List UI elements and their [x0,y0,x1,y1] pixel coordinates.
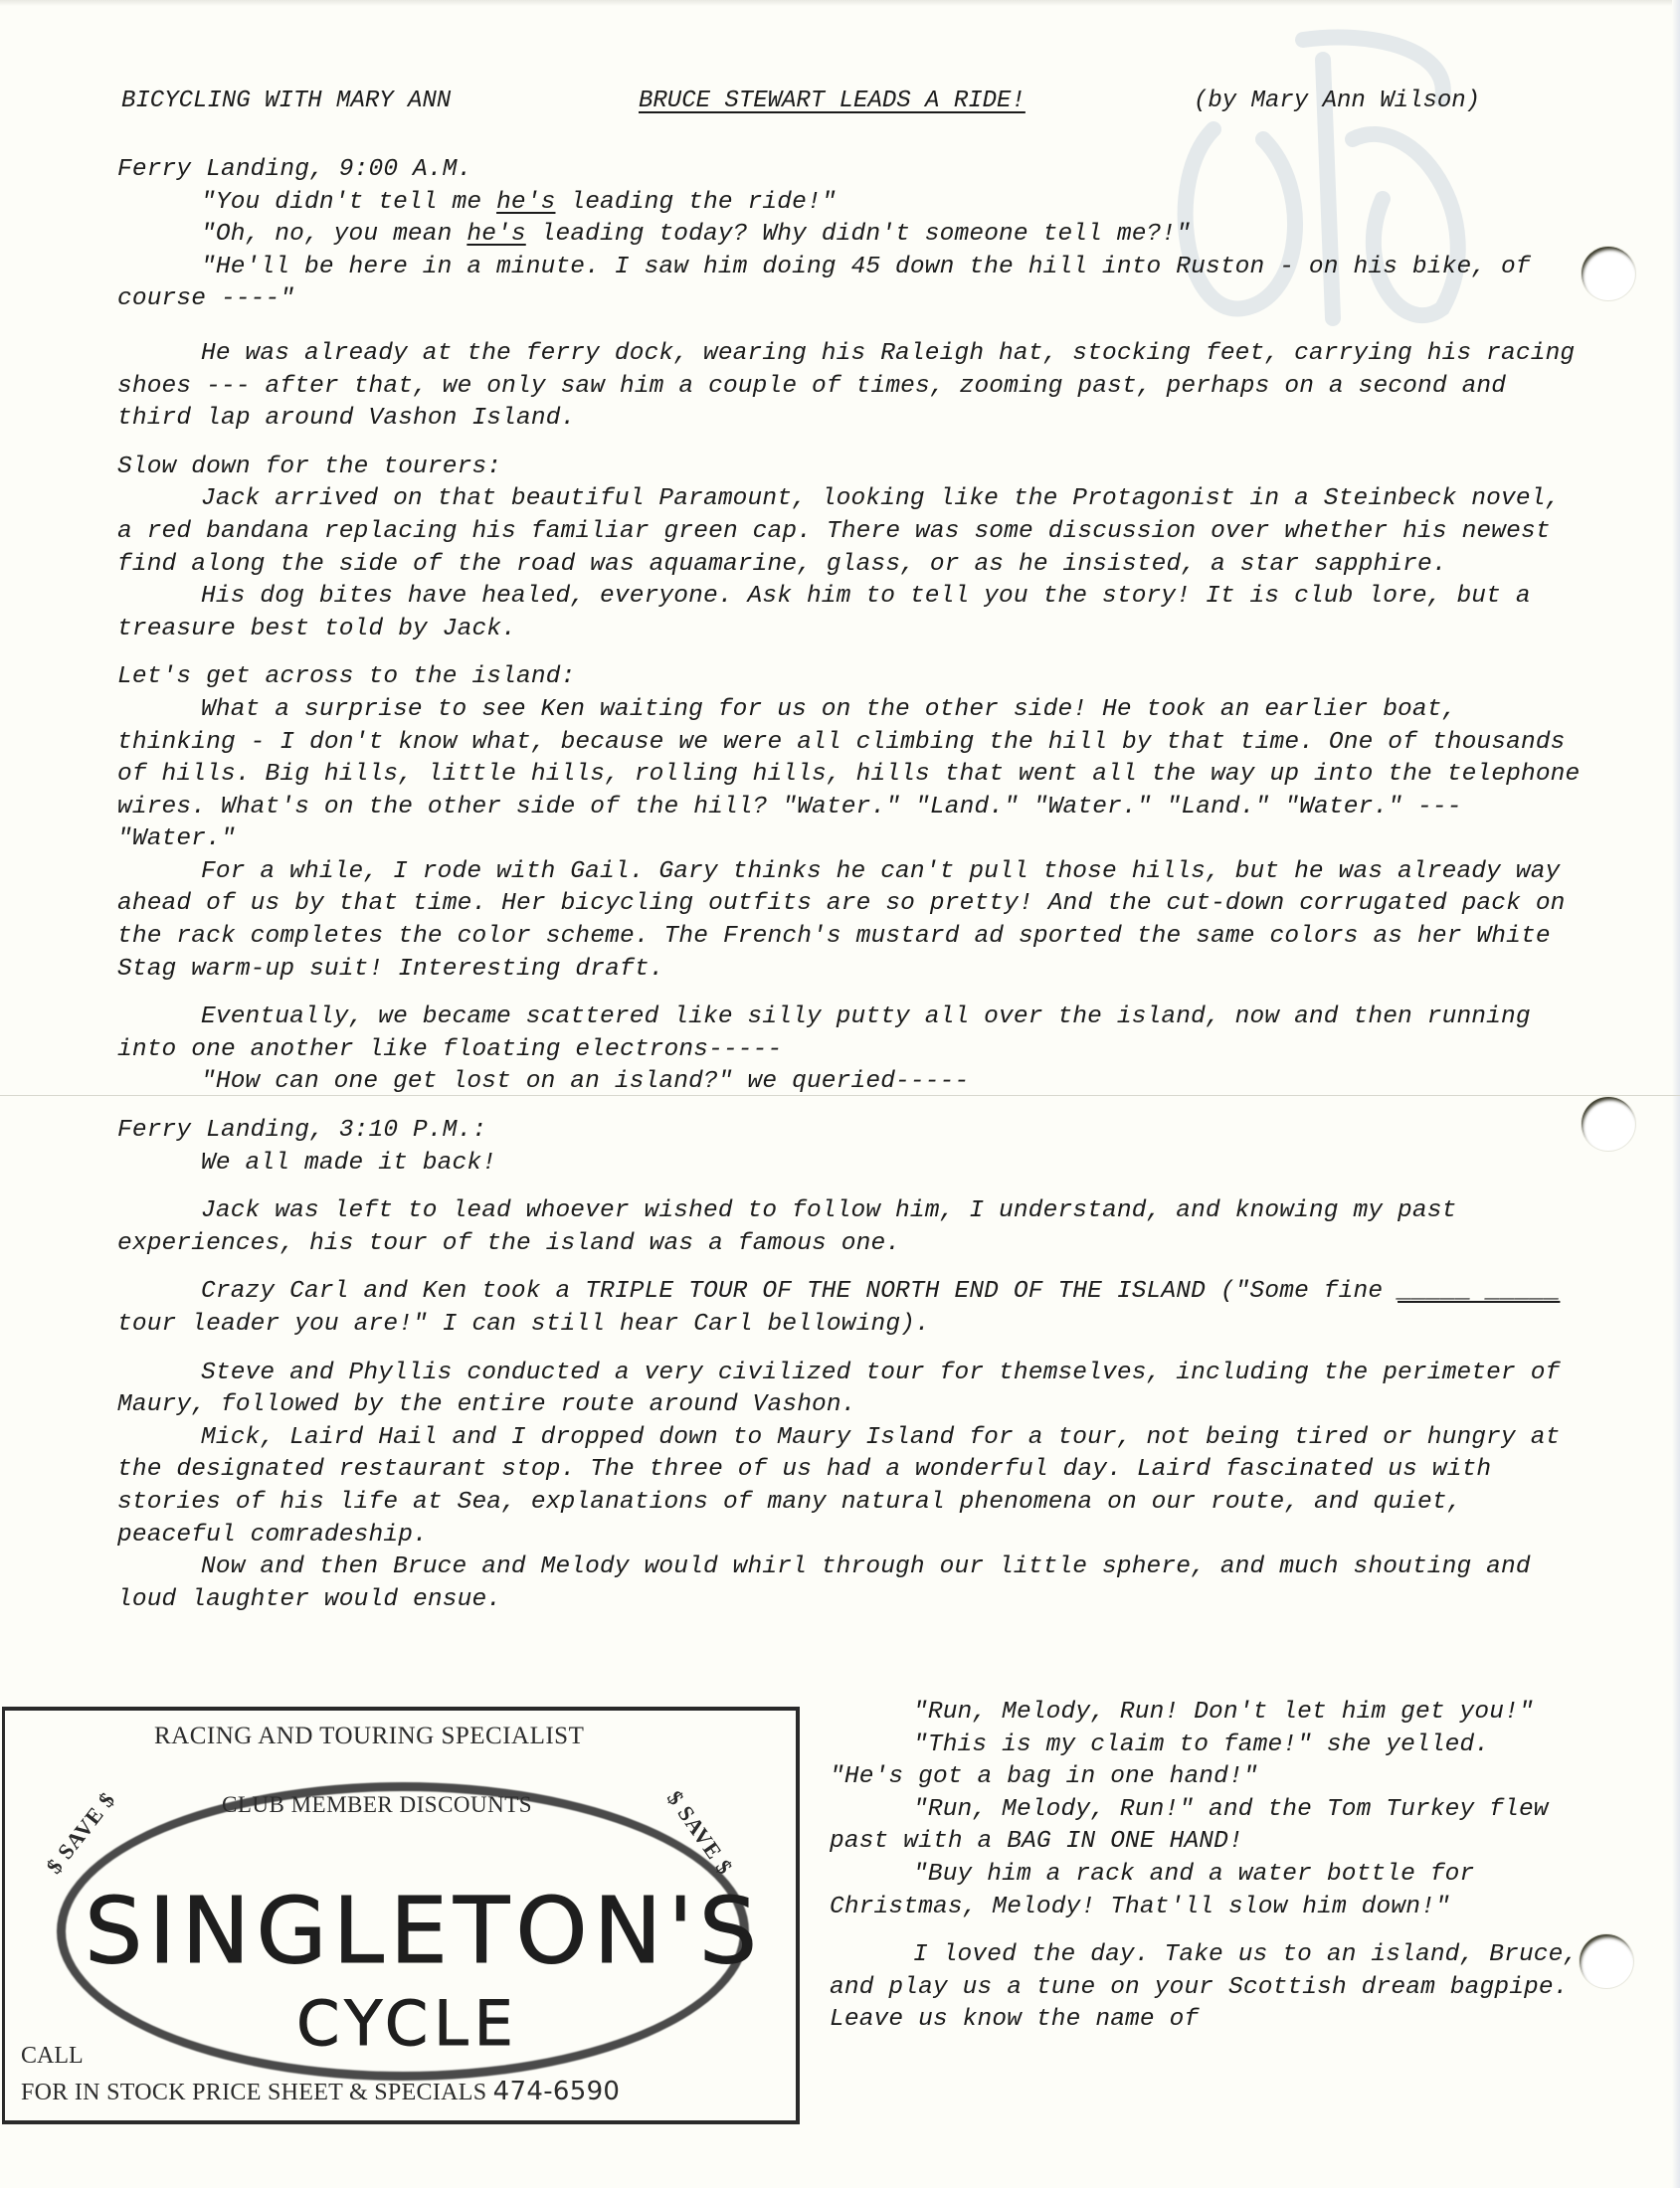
section-heading: Ferry Landing, 9:00 A.M. [117,154,1589,187]
paragraph: Now and then Bruce and Melody would whir… [117,1551,1589,1616]
dialogue-line: "You didn't tell me he's leading the rid… [117,187,1589,220]
dialogue-line: "Buy him a rack and a water bottle for C… [830,1859,1586,1923]
byline: (by Mary Ann Wilson) [1194,88,1480,114]
dialogue-line: "Run, Melody, Run!" and the Tom Turkey f… [830,1794,1586,1859]
paragraph: We all made it back! [117,1148,1589,1181]
page-header: BICYCLING WITH MARY ANN BRUCE STEWART LE… [121,88,1534,123]
ad-brand-sub: CYCLE [85,1987,731,2060]
section-heading: Let's get across to the island: [117,661,1589,694]
punch-hole [1582,247,1635,300]
article-body: Ferry Landing, 9:00 A.M. "You didn't tel… [117,154,1589,1616]
column-name: BICYCLING WITH MARY ANN [121,88,451,114]
paragraph: For a while, I rode with Gail. Gary thin… [117,856,1589,986]
dialogue-line: "How can one get lost on an island?" we … [117,1066,1589,1099]
punch-hole [1580,1934,1633,1988]
dialogue-line: "Run, Melody, Run! Don't let him get you… [830,1697,1586,1730]
paragraph: He was already at the ferry dock, wearin… [117,338,1589,436]
dialogue-line: "This is my claim to fame!" she yelled. [830,1730,1586,1762]
page-edge [0,0,1680,6]
dialogue-line: "Oh, no, you mean he's leading today? Wh… [117,219,1589,252]
paragraph: Eventually, we became scattered like sil… [117,1002,1589,1066]
page-edge [1672,0,1680,2188]
dialogue-line: "He'll be here in a minute. I saw him do… [117,252,1589,316]
article-continued-column: "Run, Melody, Run! Don't let him get you… [830,1697,1586,2037]
paragraph: What a surprise to see Ken waiting for u… [117,694,1589,856]
ad-brand-name: SINGLETON'S [85,1878,731,1984]
paragraph: Crazy Carl and Ken took a TRIPLE TOUR OF… [117,1276,1589,1341]
paragraph: His dog bites have healed, everyone. Ask… [117,581,1589,645]
section-heading: Ferry Landing, 3:10 P.M.: [117,1115,1589,1148]
paragraph: Mick, Laird Hail and I dropped down to M… [117,1422,1589,1551]
ad-phone-number: 474-6590 [493,2077,621,2106]
ad-stock-line: FOR IN STOCK PRICE SHEET & SPECIALS 474-… [21,2077,620,2106]
ad-discounts: CLUB MEMBER DISCOUNTS [222,1792,532,1818]
paragraph: Jack arrived on that beautiful Paramount… [117,483,1589,581]
singletons-cycle-advertisement: RACING AND TOURING SPECIALIST $ SAVE $ $… [2,1707,800,2124]
article-title: BRUCE STEWART LEADS A RIDE! [639,88,1026,114]
paragraph: Steve and Phyllis conducted a very civil… [117,1358,1589,1422]
paragraph: Jack was left to lead whoever wished to … [117,1195,1589,1260]
paragraph: I loved the day. Take us to an island, B… [830,1939,1586,2037]
ad-call-label: CALL [21,2043,84,2070]
dialogue-line: "He's got a bag in one hand!" [830,1761,1586,1794]
section-heading: Slow down for the tourers: [117,452,1589,484]
punch-hole [1582,1097,1635,1151]
ad-tagline: RACING AND TOURING SPECIALIST [154,1723,584,1750]
